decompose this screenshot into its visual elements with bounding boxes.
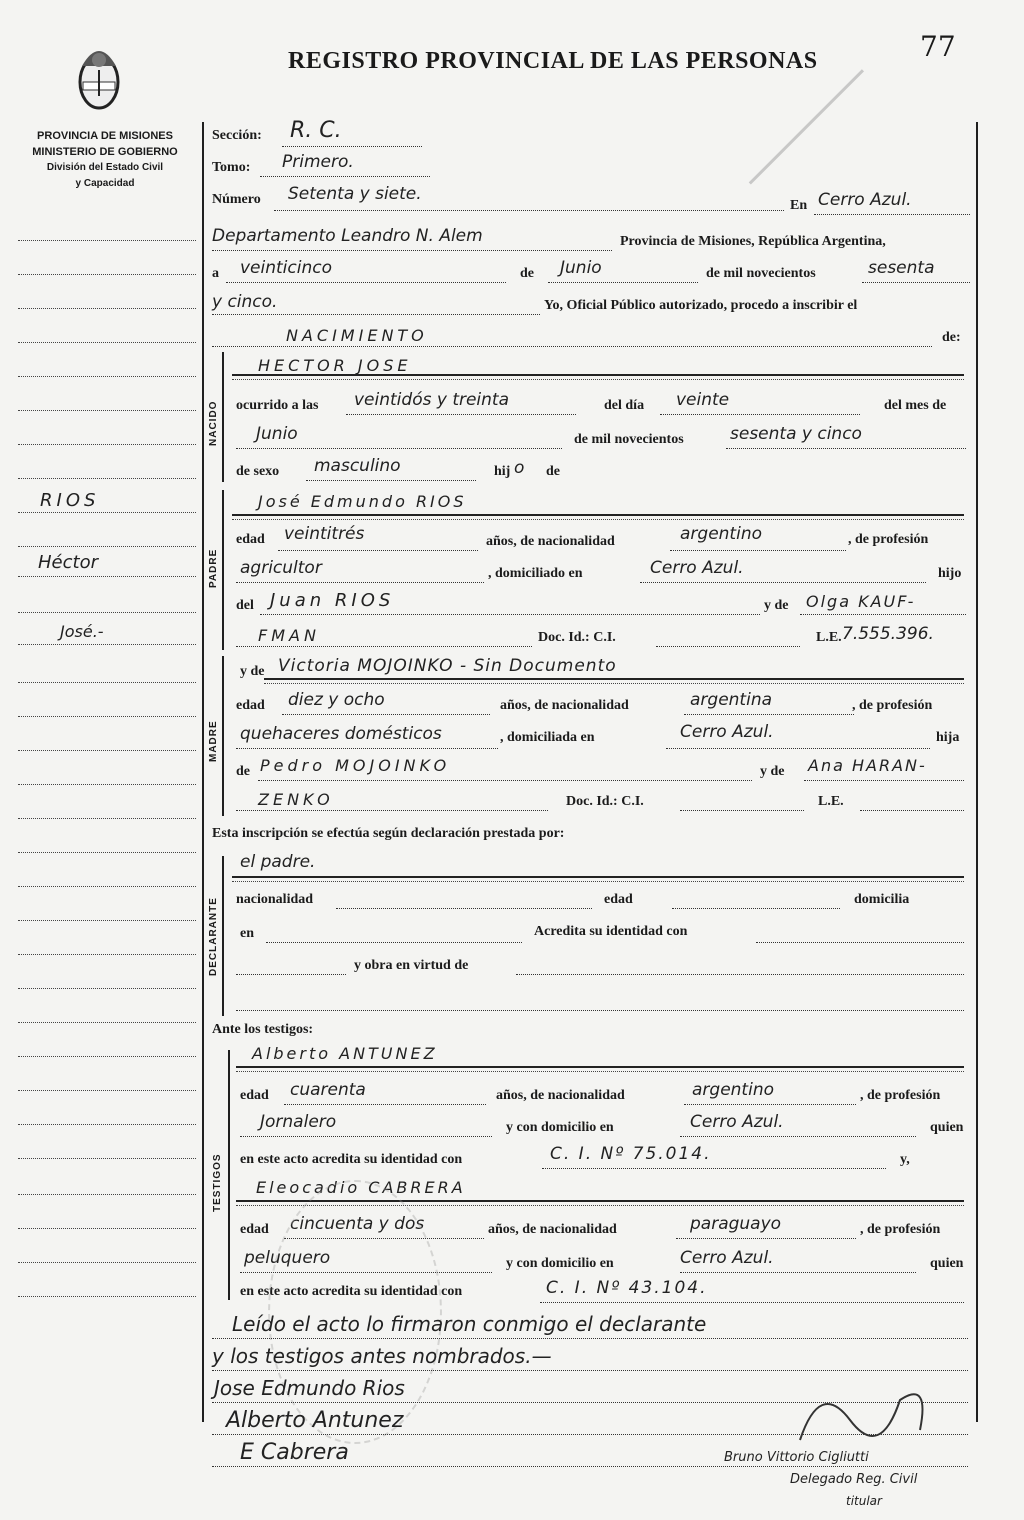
page-title: REGISTRO PROVINCIAL DE LAS PERSONAS	[288, 48, 818, 75]
testigos-intro: Ante los testigos:	[212, 1022, 313, 1038]
oficial-cargo-titular: titular	[846, 1494, 882, 1508]
declarante-side-label: DECLARANTE	[208, 897, 219, 976]
padre-hijo-label: hijo	[938, 566, 961, 582]
padre-nac-label: años, de nacionalidad	[486, 534, 615, 550]
testigo1-profesion: Jornalero	[260, 1112, 336, 1132]
tomo-value: Primero.	[282, 152, 354, 172]
departamento-value: Departamento Leandro N. Alem	[212, 226, 483, 246]
oficial-cargo: Delegado Reg. Civil	[790, 1472, 917, 1487]
padre-yde-label: y de	[764, 598, 789, 614]
testigo2-nac-label: años, de nacionalidad	[488, 1222, 617, 1238]
testigo1-y-label: y,	[900, 1152, 910, 1168]
declarante-intro: Esta inscripción se efectúa según declar…	[212, 826, 564, 842]
testigo1-nac-label: años, de nacionalidad	[496, 1088, 625, 1104]
nacido-nombre: HECTOR JOSE	[258, 356, 411, 375]
de-label-nacido: de	[546, 464, 560, 480]
testigo1-doc: C. I. Nº 75.014.	[550, 1144, 712, 1164]
oficial-text: Yo, Oficial Público autorizado, procedo …	[544, 298, 857, 314]
anio-value-2: y cinco.	[212, 292, 277, 312]
madre-nac-label: años, de nacionalidad	[500, 698, 629, 714]
padre-le-label: L.E.	[816, 630, 842, 646]
testigo1-nombre: Alberto ANTUNEZ	[252, 1044, 438, 1063]
form-left-border	[202, 122, 204, 1422]
numero-value: Setenta y siete.	[288, 184, 422, 204]
org-line: PROVINCIA DE MISIONES	[14, 128, 196, 144]
anio-nac-value: sesenta y cinco	[730, 424, 862, 444]
declarante-en-label: en	[240, 926, 254, 942]
sexo-value: masculino	[314, 456, 401, 476]
madre-madre-nombre-1: Ana HARAN-	[808, 756, 927, 775]
madre-de-label: de	[236, 764, 250, 780]
cierre-linea-1: Leído el acto lo firmaron conmigo el dec…	[232, 1312, 706, 1336]
mes-value: Junio	[560, 258, 602, 278]
madre-dom-label: , domiciliada en	[500, 730, 595, 746]
hij-label: hij	[494, 464, 510, 480]
page-number: 77	[920, 30, 956, 63]
testigos-side-label: TESTIGOS	[212, 1153, 223, 1212]
testigo1-domicilio: Cerro Azul.	[690, 1112, 784, 1132]
testigo1-dom-label: y con domicilio en	[506, 1120, 614, 1136]
madre-yde-label: y de	[240, 664, 265, 680]
testigo2-dom-label: y con domicilio en	[506, 1256, 614, 1272]
padre-padre-nombre: Juan RIOS	[270, 590, 394, 611]
seccion-value: R. C.	[290, 118, 342, 143]
padre-nacionalidad: argentino	[680, 524, 762, 544]
firma-declarante: Jose Edmundo Rios	[214, 1376, 405, 1400]
testigo1-acredita-label: en este acto acredita su identidad con	[240, 1152, 462, 1168]
madre-side-label: MADRE	[208, 720, 219, 762]
form-right-border	[976, 122, 978, 1422]
declarante-dom-label: domicilia	[854, 892, 909, 908]
dia-value: veinticinco	[240, 258, 332, 278]
en-label: En	[790, 198, 807, 214]
oficial-signature-scribble	[790, 1380, 940, 1450]
madre-padre-nombre: Pedro MOJOINKO	[260, 756, 450, 775]
dia-nac-value: veinte	[676, 390, 729, 410]
testigo1-edad: cuarenta	[290, 1080, 366, 1100]
padre-dom-label: , domiciliado en	[488, 566, 583, 582]
madre-yde2-label: y de	[760, 764, 785, 780]
nacido-side-label: NACIDO	[208, 401, 219, 446]
madre-hija-label: hija	[936, 730, 959, 746]
tomo-label: Tomo:	[212, 160, 250, 176]
cierre-linea-2: y los testigos antes nombrados.—	[212, 1344, 552, 1368]
hij-suffix: o	[514, 458, 524, 478]
a-label: a	[212, 266, 219, 282]
acto-value: NACIMIENTO	[286, 326, 428, 345]
testigo1-quien-label: quien	[930, 1120, 963, 1136]
coat-of-arms-icon	[72, 36, 126, 118]
anio-label: de mil novecientos	[706, 266, 816, 282]
padre-edad-label: edad	[236, 532, 265, 548]
margin-nombre-1: Héctor	[38, 552, 98, 573]
madre-madre-nombre-2: ZENKO	[258, 790, 334, 809]
ocurrido-label: ocurrido a las	[236, 398, 318, 414]
padre-madre-nombre-2: FMAN	[258, 626, 320, 645]
testigo2-edad-label: edad	[240, 1222, 269, 1238]
seccion-label: Sección:	[212, 128, 262, 144]
madre-nombre: Victoria MOJOINKO - Sin Documento	[278, 656, 617, 676]
madre-profesion: quehaceres domésticos	[240, 724, 442, 744]
padre-madre-nombre-1: Olga KAUF-	[806, 592, 915, 611]
anio-value-1: sesenta	[868, 258, 935, 278]
padre-prof-label: , de profesión	[848, 532, 928, 548]
de-label: de	[520, 266, 534, 282]
del-mes-label: del mes de	[884, 398, 946, 414]
padre-profesion: agricultor	[240, 558, 322, 578]
mes-nac-value: Junio	[256, 424, 298, 444]
org-line: División del Estado Civil	[14, 160, 196, 176]
padre-domicilio: Cerro Azul.	[650, 558, 744, 578]
testigo2-nacionalidad: paraguayo	[690, 1214, 781, 1234]
declarante-acredita-label: Acredita su identidad con	[534, 924, 687, 940]
anio-nac-label: de mil novecientos	[574, 432, 684, 448]
firma-testigo-2: E Cabrera	[240, 1440, 349, 1465]
testigo2-quien-label: quien	[930, 1256, 963, 1272]
padre-edad-value: veintitrés	[284, 524, 364, 544]
registration-stamp	[736, 57, 864, 185]
en-value: Cerro Azul.	[818, 190, 912, 210]
testigo2-doc: C. I. Nº 43.104.	[546, 1278, 708, 1298]
declarante-edad-label: edad	[604, 892, 633, 908]
padre-nombre: José Edmundo RIOS	[258, 492, 467, 511]
hora-value: veintidós y treinta	[354, 390, 509, 410]
declarante-nombre: el padre.	[240, 852, 315, 872]
madre-prof-label: , de profesión	[852, 698, 932, 714]
declarante-obra-label: y obra en virtud de	[354, 958, 468, 974]
org-line: MINISTERIO DE GOBIERNO	[14, 144, 196, 160]
padre-side-label: PADRE	[208, 549, 219, 588]
org-line: y Capacidad	[14, 176, 196, 192]
sexo-label: de sexo	[236, 464, 279, 480]
numero-label: Número	[212, 192, 261, 208]
testigo1-nacionalidad: argentino	[692, 1080, 774, 1100]
madre-doc-label: Doc. Id.: C.I.	[566, 794, 644, 810]
madre-le-label: L.E.	[818, 794, 844, 810]
firma-oficial: Bruno Vittorio Cigliutti	[724, 1450, 869, 1465]
provincia-text: Provincia de Misiones, República Argenti…	[620, 234, 886, 250]
testigo1-edad-label: edad	[240, 1088, 269, 1104]
del-dia-label: del día	[604, 398, 644, 414]
padre-del-label: del	[236, 598, 254, 614]
testigo1-prof-label: , de profesión	[860, 1088, 940, 1104]
margin-apellido: RIOS	[40, 490, 99, 511]
testigo2-prof-label: , de profesión	[860, 1222, 940, 1238]
declarante-nac-label: nacionalidad	[236, 892, 313, 908]
margin-nombre-2: José.-	[60, 622, 104, 641]
de-colon-label: de:	[942, 330, 961, 346]
testigo2-domicilio: Cerro Azul.	[680, 1248, 774, 1268]
issuing-organization: PROVINCIA DE MISIONES MINISTERIO DE GOBI…	[14, 128, 196, 192]
padre-le-value: 7.555.396.	[842, 624, 934, 644]
madre-edad-value: diez y ocho	[288, 690, 385, 710]
firma-testigo-1: Alberto Antunez	[226, 1408, 403, 1433]
padre-doc-label: Doc. Id.: C.I.	[538, 630, 616, 646]
madre-nacionalidad: argentina	[690, 690, 772, 710]
madre-domicilio: Cerro Azul.	[680, 722, 774, 742]
madre-edad-label: edad	[236, 698, 265, 714]
